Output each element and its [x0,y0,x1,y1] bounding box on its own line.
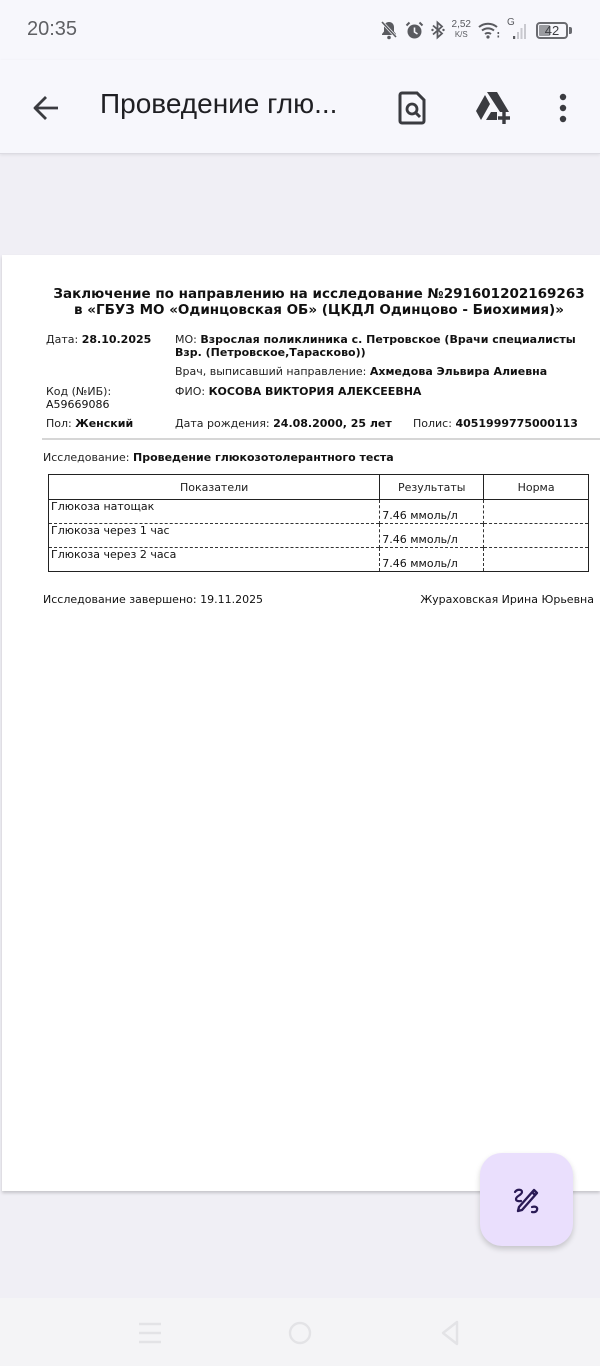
signal-icon: G [507,19,529,41]
referring-doctor-field: Врач, выписавший направление: Ахмедова Э… [175,365,547,378]
home-icon [287,1320,313,1346]
birth-date-field: Дата рождения: 24.08.2000, 25 лет [175,417,392,430]
back-nav-button[interactable] [435,1320,465,1346]
table-header-row: Показатели Результаты Норма [49,475,589,500]
sex-field: Пол: Женский [46,417,133,430]
table-row: Глюкоза через 1 час 7.46 ммоль/л [49,524,589,548]
arrow-back-icon [28,90,64,126]
recents-icon [137,1321,163,1345]
table-row: Глюкоза натощак 7.46 ммоль/л [49,500,589,524]
document-title: Проведение глю... [100,88,337,120]
policy-field: Полис: 4051999775000113 [413,417,578,430]
home-button[interactable] [285,1320,315,1346]
table-row: Глюкоза через 2 часа 7.46 ммоль/л [49,548,589,572]
signed-by: Жураховская Ирина Юрьевна [420,593,594,606]
report-title: Заключение по направлению на исследовани… [42,286,596,318]
bell-muted-icon [380,20,398,40]
pdf-page[interactable]: Заключение по направлению на исследовани… [2,255,600,1191]
status-time: 20:35 [27,18,77,41]
completion-field: Исследование завершено: 19.11.2025 [43,593,263,606]
bluetooth-icon [431,20,445,40]
back-icon [439,1320,461,1346]
battery-icon: 42 [536,22,572,39]
patient-name-field: ФИО: КОСОВА ВИКТОРИЯ АЛЕКСЕЕВНА [175,385,421,398]
code-field: Код (№ИБ): A59669086 [46,385,111,411]
results-table: Показатели Результаты Норма Глюкоза нато… [48,474,589,572]
alarm-icon [405,21,424,40]
back-button[interactable] [28,90,64,126]
network-speed: 2,52 K/S [452,20,471,40]
status-bar: 20:35 2,52 K/S G 42 [0,0,600,60]
find-in-document-button[interactable] [393,88,433,128]
header-norm: Норма [484,475,589,500]
document-search-icon [398,91,428,125]
save-to-drive-button[interactable] [473,88,513,128]
system-nav-bar [0,1298,600,1366]
date-field: Дата: 28.10.2025 [46,333,151,346]
study-field: Исследование: Проведение глюкозотолерант… [43,451,394,464]
divider [42,438,600,440]
edit-signature-icon [510,1183,544,1217]
header-results: Результаты [380,475,484,500]
more-vert-icon [558,93,568,123]
header-indicators: Показатели [49,475,380,500]
status-icons: 2,52 K/S G 42 [380,16,572,44]
annotate-button[interactable] [480,1153,573,1246]
google-drive-add-icon [474,90,512,126]
more-options-button[interactable] [543,88,583,128]
recents-button[interactable] [135,1320,165,1346]
wifi-icon [478,21,500,39]
app-bar: Проведение глю... [0,60,600,154]
mo-field: МО: Взрослая поликлиника с. Петровское (… [175,333,576,359]
